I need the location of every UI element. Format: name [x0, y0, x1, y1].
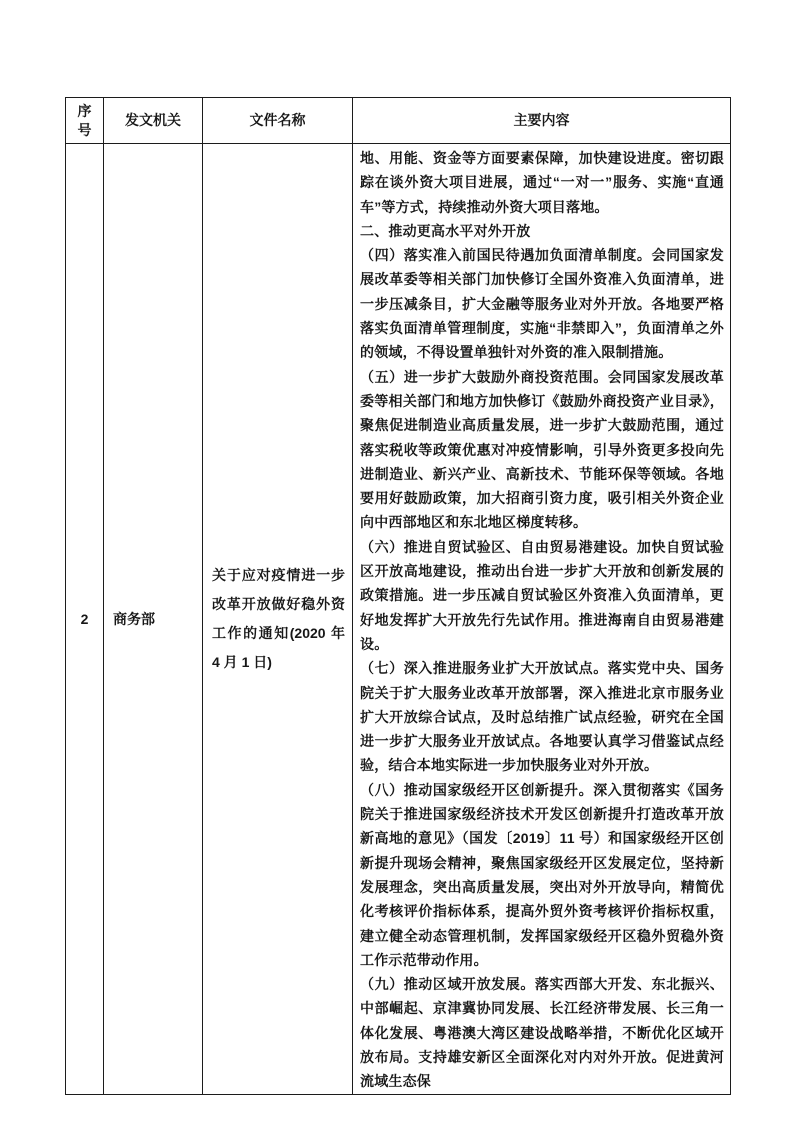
regulations-table: 序号 发文机关 文件名称 主要内容 2 商务部 关于应对疫情进一步改革开放做好稳… [65, 97, 731, 1095]
content-paragraph-section-2-heading: 二、推动更高水平对外开放 [360, 219, 724, 243]
content-paragraph-item-7: （七）深入推进服务业扩大开放试点。落实党中央、国务院关于扩大服务业改革开放部署，… [360, 656, 724, 777]
cell-issuing-agency: 商务部 [104, 144, 203, 1095]
document-name-text: 关于应对疫情进一步改革开放做好稳外资工作的通知(2020 年 4 月 1 日) [212, 561, 345, 677]
content-paragraph-item-8: （八）推动国家级经开区创新提升。深入贯彻落实《国务院关于推进国家级经济技术开发区… [360, 778, 724, 972]
content-paragraph-item-6: （六）推进自贸试验区、自由贸易港建设。加快自贸试验区开放高地建设，推动出台进一步… [360, 535, 724, 656]
document-page: 序号 发文机关 文件名称 主要内容 2 商务部 关于应对疫情进一步改革开放做好稳… [0, 0, 793, 1122]
cell-serial-number: 2 [66, 144, 104, 1095]
content-paragraph-item-4: （四）落实准入前国民待遇加负面清单制度。会同国家发展改革委等相关部门加快修订全国… [360, 243, 724, 364]
cell-document-name: 关于应对疫情进一步改革开放做好稳外资工作的通知(2020 年 4 月 1 日) [203, 144, 353, 1095]
header-serial-number-label: 序号 [77, 102, 93, 140]
header-serial-number: 序号 [66, 98, 104, 144]
table-row: 2 商务部 关于应对疫情进一步改革开放做好稳外资工作的通知(2020 年 4 月… [66, 144, 731, 1095]
cell-main-content: 地、用能、资金等方面要素保障，加快建设进度。密切跟踪在谈外资大项目进展，通过“一… [353, 144, 731, 1095]
header-issuing-agency: 发文机关 [104, 98, 203, 144]
content-paragraph-item-5: （五）进一步扩大鼓励外商投资范围。会同国家发展改革委等相关部门和地方加快修订《鼓… [360, 365, 724, 535]
table-header-row: 序号 发文机关 文件名称 主要内容 [66, 98, 731, 144]
content-paragraph-continuation: 地、用能、资金等方面要素保障，加快建设进度。密切跟踪在谈外资大项目进展，通过“一… [360, 146, 724, 219]
header-main-content: 主要内容 [353, 98, 731, 144]
header-document-name: 文件名称 [203, 98, 353, 144]
page-number: 3 [0, 1027, 793, 1043]
